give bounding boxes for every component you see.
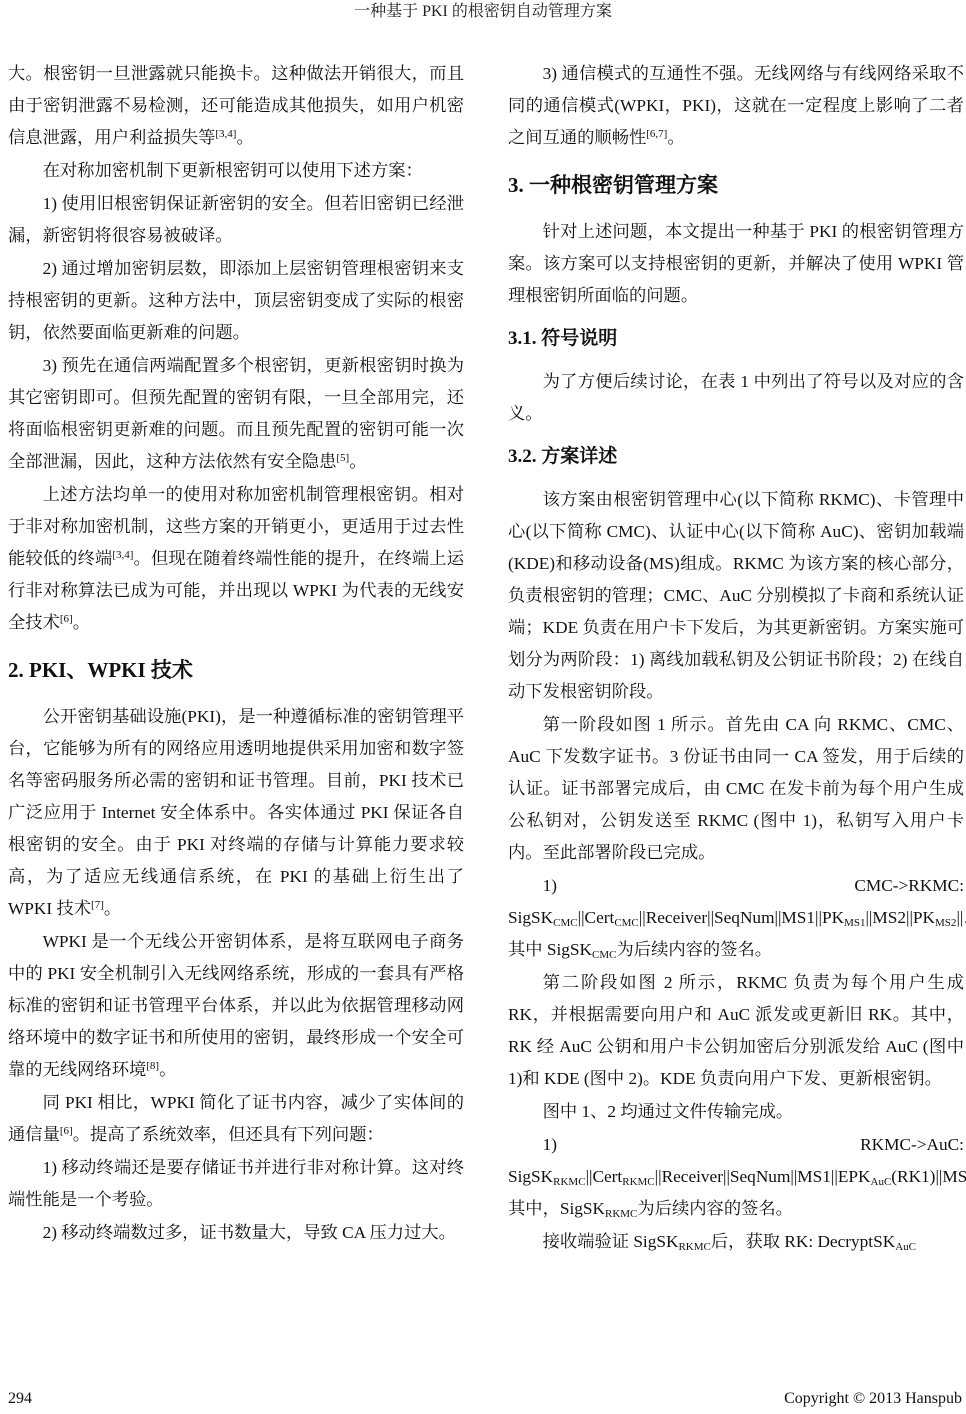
paragraph-text: 3) 通信模式的互通性不强。无线网络与有线网络采取不同的通信模式(WPKI，PK… (508, 64, 964, 147)
section-heading: 2. PKI、WPKI 技术 (8, 653, 464, 687)
citation[interactable]: [8] (146, 1060, 159, 1072)
subscript: AuC (871, 1176, 892, 1188)
paragraph: 针对上述问题，本文提出一种基于 PKI 的根密钥管理方案。该方案可以支持根密钥的… (508, 216, 964, 312)
formula-text: 为后续内容的签名。 (637, 1199, 793, 1218)
formula-paragraph: 1) RKMC->AuC: SigSKRKMC||CertRKMC||Recei… (508, 1129, 964, 1225)
subsection-heading: 3.2. 方案详述 (508, 440, 964, 474)
list-item: 2) 通过增加密钥层数，即添加上层密钥管理根密钥来支持根密钥的更新。这种方法中，… (8, 253, 464, 349)
paragraph-text: 3) 预先在通信两端配置多个根密钥，更新根密钥时换为其它密钥即可。但预先配置的密… (8, 356, 464, 471)
formula-text: ||MS2||PK (865, 908, 935, 927)
formula-text: 接收端验证 SigSK (543, 1232, 679, 1251)
subscript: CMC (592, 949, 616, 961)
formula-text: 为后续内容的签名。 (617, 940, 773, 959)
running-header: 一种基于 PKI 的根密钥自动管理方案 (0, 2, 966, 22)
subscript: MS1 (844, 917, 865, 929)
paragraph: 在对称加密机制下更新根密钥可以使用下述方案： (8, 155, 464, 187)
paragraph: WPKI 是一个无线公开密钥体系，是将互联网电子商务中的 PKI 安全机制引入无… (8, 926, 464, 1086)
right-column: 3) 通信模式的互通性不强。无线网络与有线网络采取不同的通信模式(WPKI，PK… (508, 58, 964, 1259)
section-heading: 3. 一种根密钥管理方案 (508, 168, 964, 202)
subscript: RKMC (553, 1176, 585, 1188)
formula-text: 后，获取 RK: DecryptSK (711, 1232, 895, 1251)
paragraph-text: WPKI 是一个无线公开密钥体系，是将互联网电子商务中的 PKI 安全机制引入无… (8, 932, 464, 1079)
formula-text: ||……||MSn||PK (956, 908, 966, 927)
paragraph: 公开密钥基础设施(PKI)，是一种遵循标准的密钥管理平台，它能够为所有的网络应用… (8, 701, 464, 925)
left-column: 大。根密钥一旦泄露就只能换卡。这种做法开销很大，而且由于密钥泄露不易检测，还可能… (8, 58, 464, 1250)
subscript: RKMC (605, 1208, 637, 1220)
subscript: CMC (553, 917, 577, 929)
paragraph: 为了方便后续讨论，在表 1 中列出了符号以及对应的含义。 (508, 366, 964, 430)
formula-text: (RK1)||MS2||EPK (891, 1167, 966, 1186)
paragraph-text: 。 (349, 452, 366, 471)
formula-paragraph: 接收端验证 SigSKRKMC后，获取 RK: DecryptSKAuC (508, 1226, 964, 1258)
citation[interactable]: [6,7] (646, 128, 667, 140)
paragraph: 同 PKI 相比，WPKI 简化了证书内容，减少了实体间的通信量[6]。提高了系… (8, 1087, 464, 1151)
formula-paragraph: 1) CMC->RKMC: SigSKCMC||CertCMC||Receive… (508, 870, 964, 966)
list-item: 1) 使用旧根密钥保证新密钥的安全。但若旧密钥已经泄漏，新密钥将很容易被破译。 (8, 188, 464, 252)
list-item: 1) 移动终端还是要存储证书并进行非对称计算。这对终端性能是一个考验。 (8, 1152, 464, 1216)
citation[interactable]: [5] (336, 452, 349, 464)
formula-text: ||Receiver||SeqNum||MS1||EPK (655, 1167, 871, 1186)
list-item: 2) 移动终端数过多，证书数量大，导致 CA 压力过大。 (8, 1217, 464, 1249)
citation[interactable]: [3,4] (112, 549, 133, 561)
formula-text: ||Receiver||SeqNum||MS1||PK (639, 908, 844, 927)
paragraph-text: 。 (236, 128, 253, 147)
citation[interactable]: [3,4] (215, 128, 236, 140)
list-item: 3) 通信模式的互通性不强。无线网络与有线网络采取不同的通信模式(WPKI，PK… (508, 58, 964, 154)
paragraph-text: 。 (104, 899, 121, 918)
paragraph: 第一阶段如图 1 所示。首先由 CA 向 RKMC、CMC、AuC 下发数字证书… (508, 709, 964, 869)
paragraph: 大。根密钥一旦泄露就只能换卡。这种做法开销很大，而且由于密钥泄露不易检测，还可能… (8, 58, 464, 154)
page-number: 294 (8, 1390, 32, 1408)
subsection-heading: 3.1. 符号说明 (508, 322, 964, 356)
subscript: RKMC (622, 1176, 654, 1188)
formula-text: ||Cert (586, 1167, 623, 1186)
paragraph: 图中 1、2 均通过文件传输完成。 (508, 1096, 964, 1128)
paragraph-text: 。提高了系统效率，但还具有下列问题： (73, 1125, 384, 1144)
subscript: CMC (614, 917, 638, 929)
copyright-notice: Copyright © 2013 Hanspub (784, 1390, 962, 1408)
formula-text: ||Cert (578, 908, 615, 927)
paragraph-text: 。 (73, 613, 90, 632)
paragraph: 上述方法均单一的使用对称加密机制管理根密钥。相对于非对称加密机制，这些方案的开销… (8, 479, 464, 639)
paragraph-text: 。 (159, 1060, 176, 1079)
subscript: RKMC (678, 1241, 710, 1253)
citation[interactable]: [6] (60, 1125, 73, 1137)
subscript: MS2 (935, 917, 956, 929)
paragraph-text: 。 (667, 128, 684, 147)
paragraph: 该方案由根密钥管理中心(以下简称 RKMC)、卡管理中心(以下简称 CMC)、认… (508, 484, 964, 708)
citation[interactable]: [7] (91, 899, 104, 911)
citation[interactable]: [6] (60, 613, 73, 625)
paragraph: 第二阶段如图 2 所示，RKMC 负责为每个用户生成 RK，并根据需要向用户和 … (508, 967, 964, 1095)
paragraph-text: 公开密钥基础设施(PKI)，是一种遵循标准的密钥管理平台，它能够为所有的网络应用… (8, 707, 464, 918)
list-item: 3) 预先在通信两端配置多个根密钥，更新根密钥时换为其它密钥即可。但预先配置的密… (8, 350, 464, 478)
subscript: AuC (895, 1241, 916, 1253)
